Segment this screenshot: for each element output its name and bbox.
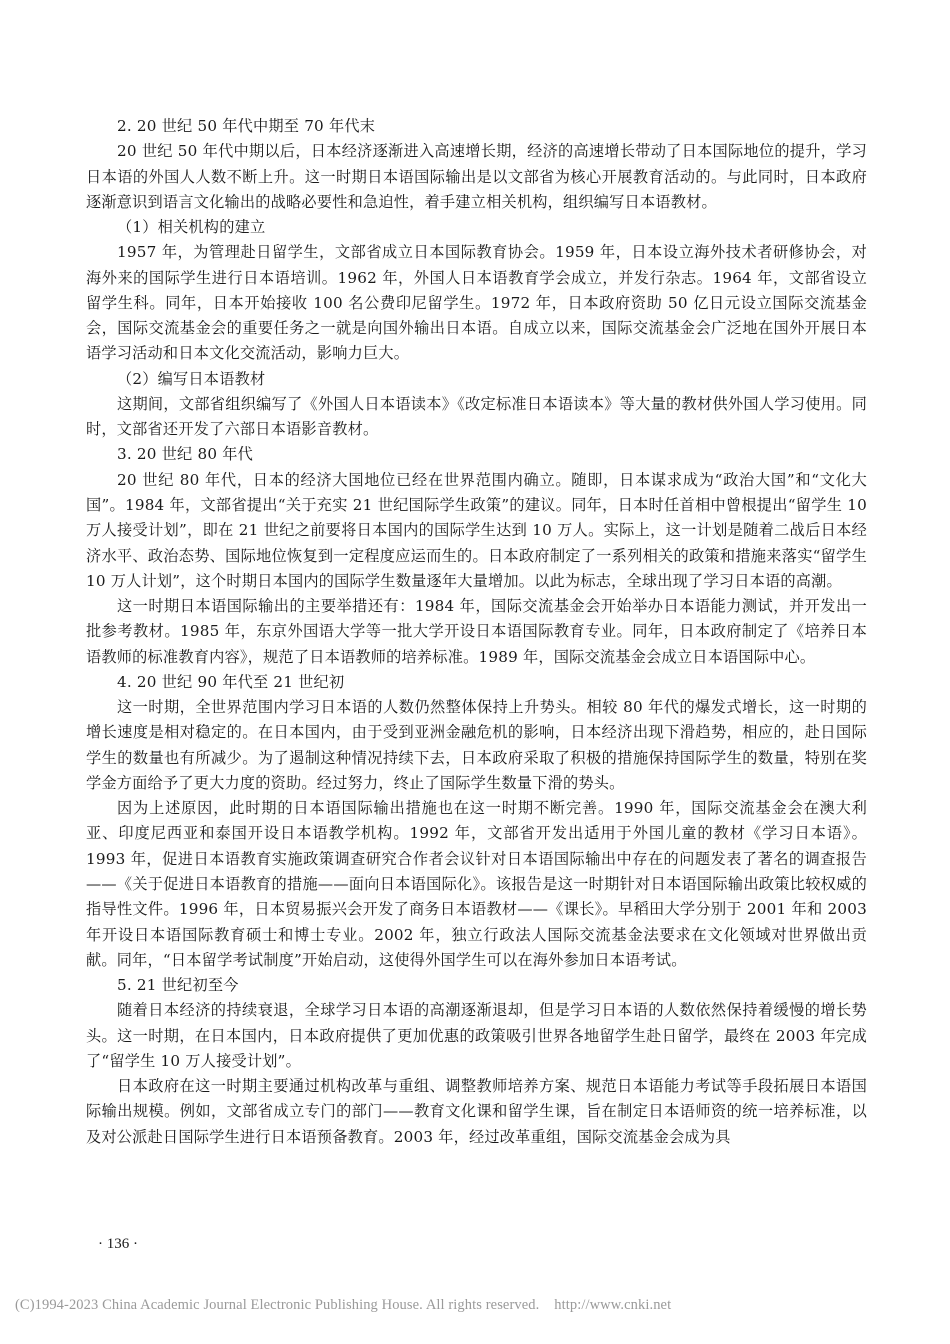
section-heading-3: 3. 20 世纪 80 年代 [86, 442, 867, 467]
section-heading-4: 4. 20 世纪 90 年代至 21 世纪初 [86, 670, 867, 695]
subsection-heading-2: （2）编写日本语教材 [86, 367, 867, 392]
subsection-heading-1: （1）相关机构的建立 [86, 215, 867, 240]
paragraph: 这期间，文部省组织编写了《外国人日本语读本》《改定标准日本语读本》等大量的教材供… [86, 392, 867, 443]
section-heading-5: 5. 21 世纪初至今 [86, 973, 867, 998]
section-heading-2: 2. 20 世纪 50 年代中期至 70 年代末 [86, 114, 867, 139]
page-number: · 136 · [98, 1236, 138, 1253]
page-body: 2. 20 世纪 50 年代中期至 70 年代末 20 世纪 50 年代中期以后… [86, 114, 867, 1150]
paragraph: 日本政府在这一时期主要通过机构改革与重组、调整教师培养方案、规范日本语能力考试等… [86, 1074, 867, 1150]
copyright-footer: (C)1994-2023 China Academic Journal Elec… [15, 1297, 671, 1314]
paragraph: 1957 年，为管理赴日留学生，文部省成立日本国际教育协会。1959 年，日本设… [86, 240, 867, 366]
paragraph: 这一时期日本语国际输出的主要举措还有：1984 年，国际交流基金会开始举办日本语… [86, 594, 867, 670]
paragraph: 这一时期，全世界范围内学习日本语的人数仍然整体保持上升势头。相较 80 年代的爆… [86, 695, 867, 796]
paragraph: 20 世纪 80 年代，日本的经济大国地位已经在世界范围内确立。随即，日本谋求成… [86, 468, 867, 594]
paragraph: 20 世纪 50 年代中期以后，日本经济逐渐进入高速增长期，经济的高速增长带动了… [86, 139, 867, 215]
paragraph: 因为上述原因，此时期的日本语国际输出措施也在这一时期不断完善。1990 年，国际… [86, 796, 867, 973]
paragraph: 随着日本经济的持续衰退，全球学习日本语的高潮逐渐退却，但是学习日本语的人数依然保… [86, 998, 867, 1074]
